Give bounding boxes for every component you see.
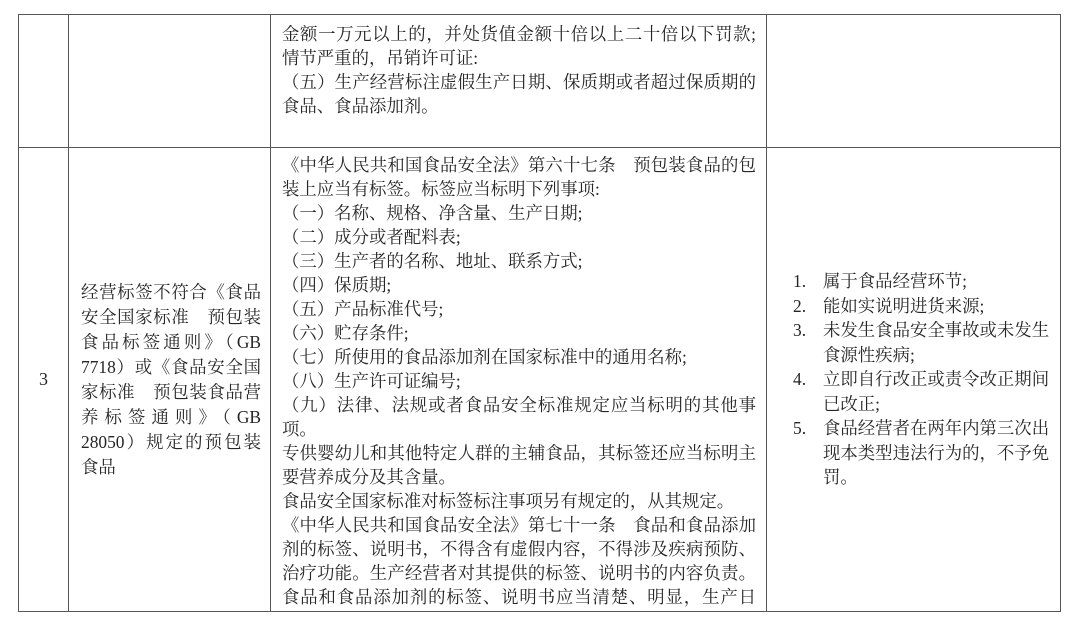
regulation-table: 金额一万元以上的，并处货值金额十倍以上二十倍以下罚款;情节严重的，吊销许可证: … (18, 14, 1061, 612)
condition-text: 能如实说明进货来源; (823, 294, 1056, 319)
violation-cell: 经营标签不符合《食品安全国家标准 预包装食品标签通则》（GB 7718）或《食品… (69, 148, 271, 611)
legal-paragraph: （二）成分或者配料表; (282, 225, 756, 249)
condition-number: 3. (793, 318, 823, 367)
legal-paragraph: 金额一万元以上的，并处货值金额十倍以上二十倍以下罚款;情节严重的，吊销许可证: (282, 22, 756, 70)
prev-row-legal-basis-cell: 金额一万元以上的，并处货值金额十倍以上二十倍以下罚款;情节严重的，吊销许可证: … (271, 15, 767, 148)
condition-number: 4. (793, 367, 823, 416)
condition-item: 2. 能如实说明进货来源; (793, 294, 1056, 319)
row-number: 3 (39, 369, 48, 390)
row-number-cell: 3 (19, 148, 69, 611)
legal-paragraph: 《中华人民共和国食品安全法》第六十七条 预包装食品的包装上应当有标签。标签应当标… (282, 153, 756, 201)
legal-paragraph: （三）生产者的名称、地址、联系方式; (282, 249, 756, 273)
condition-item: 1. 属于食品经营环节; (793, 269, 1056, 294)
condition-text: 属于食品经营环节; (823, 269, 1056, 294)
legal-paragraph: （四）保质期; (282, 273, 756, 297)
legal-paragraph: 专供婴幼儿和其他特定人群的主辅食品，其标签还应当标明主要营养成分及其含量。 (282, 441, 756, 489)
legal-basis-cell: 《中华人民共和国食品安全法》第六十七条 预包装食品的包装上应当有标签。标签应当标… (271, 148, 767, 611)
legal-paragraph: （六）贮存条件; (282, 321, 756, 345)
prev-row-number-cell (19, 15, 69, 148)
condition-item: 3. 未发生食品安全事故或未发生食源性疾病; (793, 318, 1056, 367)
legal-paragraph: （七）所使用的食品添加剂在国家标准中的通用名称; (282, 345, 756, 369)
condition-item: 5. 食品经营者在两年内第三次出现本类型违法行为的，不予免罚。 (793, 416, 1056, 490)
legal-paragraph: （一）名称、规格、净含量、生产日期; (282, 201, 756, 225)
prev-row-conditions-cell (767, 15, 1060, 148)
legal-paragraph: 《中华人民共和国食品安全法》第七十一条 食品和食品添加剂的标签、说明书，不得含有… (282, 513, 756, 611)
exemption-conditions-cell: 1. 属于食品经营环节; 2. 能如实说明进货来源; 3. 未发生食品安全事故或… (767, 148, 1060, 611)
condition-number: 2. (793, 294, 823, 319)
legal-paragraph: （八）生产许可证编号; (282, 369, 756, 393)
condition-item: 4. 立即自行改正或责令改正期间已改正; (793, 367, 1056, 416)
legal-paragraph: （九）法律、法规或者食品安全标准规定应当标明的其他事项。 (282, 393, 756, 441)
condition-number: 5. (793, 416, 823, 490)
legal-paragraph: 食品安全国家标准对标签标注事项另有规定的，从其规定。 (282, 489, 756, 513)
violation-text: 经营标签不符合《食品安全国家标准 预包装食品标签通则》（GB 7718）或《食品… (81, 280, 261, 480)
condition-number: 1. (793, 269, 823, 294)
legal-paragraph: （五）生产经营标注虚假生产日期、保质期或者超过保质期的食品、食品添加剂。 (282, 70, 756, 118)
prev-row-violation-cell (69, 15, 271, 148)
condition-text: 食品经营者在两年内第三次出现本类型违法行为的，不予免罚。 (823, 416, 1056, 490)
condition-text: 未发生食品安全事故或未发生食源性疾病; (823, 318, 1056, 367)
legal-paragraph: （五）产品标准代号; (282, 297, 756, 321)
condition-text: 立即自行改正或责令改正期间已改正; (823, 367, 1056, 416)
